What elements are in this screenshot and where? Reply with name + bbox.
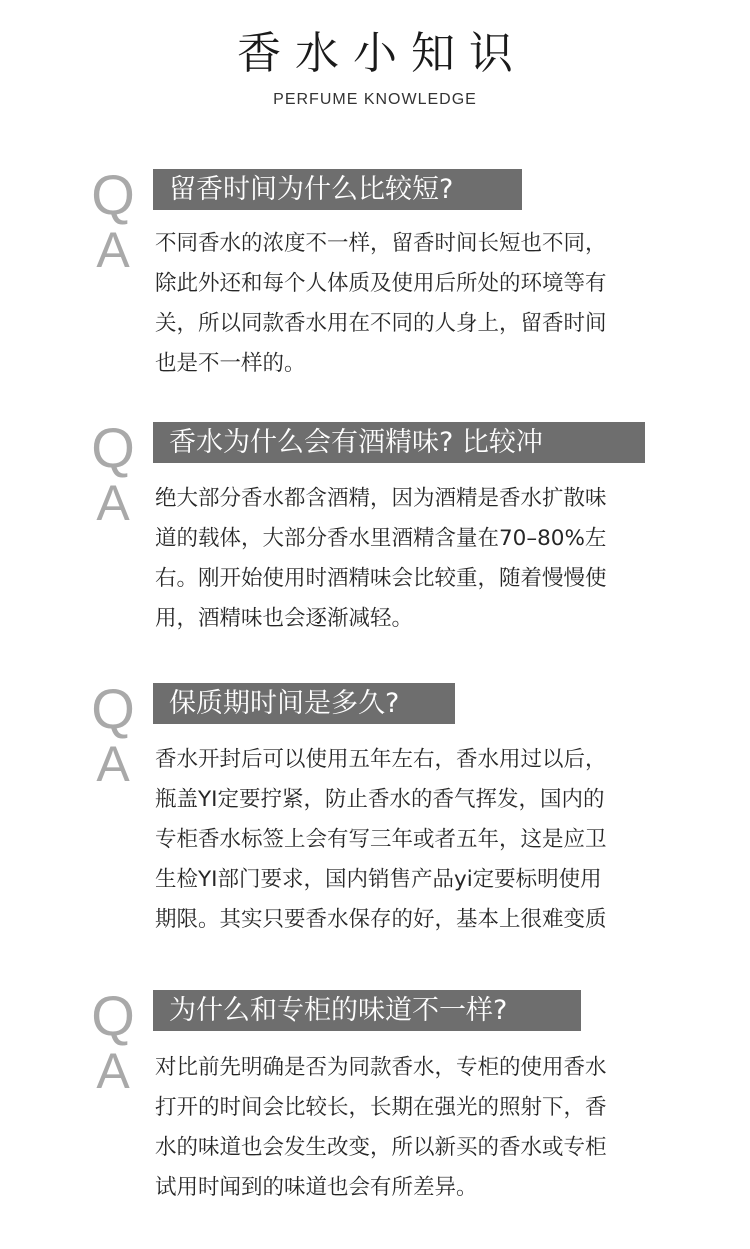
answer-text: 绝大部分香水都含酒精，因为酒精是香水扩散味 道的载体，大部分香水里酒精含量在70… (155, 479, 675, 639)
answer-line: 香水开封后可以使用五年左右，香水用过以后， (155, 740, 675, 780)
question-banner: 保质期时间是多久? (153, 683, 455, 724)
answer-line: 绝大部分香水都含酒精，因为酒精是香水扩散味 (155, 479, 675, 519)
answer-line: 打开的时间会比较长，长期在强光的照射下，香 (155, 1088, 675, 1128)
answer-text: 对比前先明确是否为同款香水，专柜的使用香水 打开的时间会比较长，长期在强光的照射… (155, 1048, 675, 1208)
answer-line: 右。刚开始使用时酒精味会比较重，随着慢慢使 (155, 559, 675, 599)
answer-text: 香水开封后可以使用五年左右，香水用过以后， 瓶盖YI定要拧紧，防止香水的香气挥发… (155, 740, 675, 940)
answer-line: 除此外还和每个人体质及使用后所处的环境等有 (155, 264, 675, 304)
answer-line: 对比前先明确是否为同款香水，专柜的使用香水 (155, 1048, 675, 1088)
answer-line: 试用时闻到的味道也会有所差异。 (155, 1168, 675, 1208)
answer-line: 用，酒精味也会逐渐减轻。 (155, 599, 675, 639)
answer-line: 道的载体，大部分香水里酒精含量在70–80%左 (155, 519, 675, 559)
question-banner: 香水为什么会有酒精味? 比较冲 (153, 422, 645, 463)
answer-text: 不同香水的浓度不一样，留香时间长短也不同， 除此外还和每个人体质及使用后所处的环… (155, 224, 675, 384)
a-letter-icon: A (90, 1046, 136, 1096)
a-letter-icon: A (90, 225, 136, 275)
page-subtitle: PERFUME KNOWLEDGE (0, 91, 750, 109)
question-banner: 为什么和专柜的味道不一样? (153, 990, 581, 1031)
answer-line: 生检YI部门要求，国内销售产品yi定要标明使用 (155, 860, 675, 900)
a-letter-icon: A (90, 478, 136, 528)
question-banner: 留香时间为什么比较短? (153, 169, 522, 210)
answer-line: 期限。其实只要香水保存的好，基本上很难变质 (155, 900, 675, 940)
answer-line: 不同香水的浓度不一样，留香时间长短也不同， (155, 224, 675, 264)
answer-line: 也是不一样的。 (155, 344, 675, 384)
a-letter-icon: A (90, 739, 136, 789)
answer-line: 瓶盖YI定要拧紧，防止香水的香气挥发，国内的 (155, 780, 675, 820)
q-letter-icon: Q (90, 167, 136, 223)
answer-line: 关，所以同款香水用在不同的人身上，留香时间 (155, 304, 675, 344)
q-letter-icon: Q (90, 988, 136, 1044)
page-title: 香水小知识 (0, 26, 750, 82)
q-letter-icon: Q (90, 681, 136, 737)
answer-line: 水的味道也会发生改变，所以新买的香水或专柜 (155, 1128, 675, 1168)
q-letter-icon: Q (90, 420, 136, 476)
answer-line: 专柜香水标签上会有写三年或者五年，这是应卫 (155, 820, 675, 860)
